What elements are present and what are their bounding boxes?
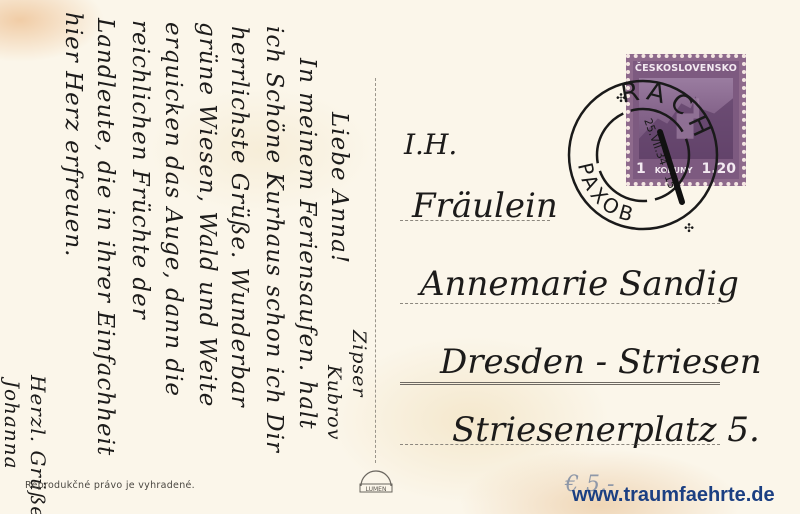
publisher-logo: LUMEN <box>356 458 396 494</box>
message-line-6: erquicken das Auge, dann die <box>160 22 186 397</box>
svg-text:PAXOB: PAXOB <box>573 160 640 227</box>
message-line-3: ich Schöne Kurhaus schon ich Dir <box>261 26 287 453</box>
message-line-1: Liebe Anna! <box>326 112 352 264</box>
reproduction-notice: Reprodukčné právo je vyhradené. <box>25 480 195 491</box>
message-line-9: hier Herz erfreuen. <box>60 12 86 257</box>
message-line-4: herrlichste Grüße. Wunderbar <box>226 26 252 408</box>
postmark-cancellation: RACH PAXOB 25.VII.34 - 15 ✣ ✣ <box>560 72 726 238</box>
website-watermark[interactable]: www.traumfaehrte.de <box>572 484 775 507</box>
location-note-1: Zipser <box>348 330 370 398</box>
message-signature: Johanna <box>0 380 24 470</box>
svg-text:✣: ✣ <box>684 221 694 235</box>
address-city: Dresden - Striesen <box>440 342 762 382</box>
address-prefix: I.H. <box>404 128 457 161</box>
address-line-2 <box>400 303 720 304</box>
center-divider <box>375 78 376 463</box>
postcard-back: Liebe Anna! In meinem Feriensaufen. halt… <box>0 0 800 514</box>
message-line-5: grüne Wiesen, Wald und Weite <box>194 22 220 407</box>
svg-text:✣: ✣ <box>616 91 626 105</box>
publisher-mark: LUMEN <box>366 486 387 493</box>
postmark-town-cyrillic: PAXOB <box>573 160 640 227</box>
address-line-4 <box>400 444 720 445</box>
location-note-2: Kubrov <box>323 365 345 440</box>
address-line-3 <box>400 382 720 385</box>
address-line-1 <box>400 220 550 221</box>
message-greeting: Herzl. Grüße <box>26 375 50 514</box>
message-line-8: Landleute, die in ihrer Einfachheit <box>92 18 118 456</box>
address-name: Annemarie Sandig <box>420 264 739 304</box>
message-line-7: reichlichen Früchte der <box>127 20 153 320</box>
message-line-2: In meinem Feriensaufen. halt <box>294 58 320 430</box>
